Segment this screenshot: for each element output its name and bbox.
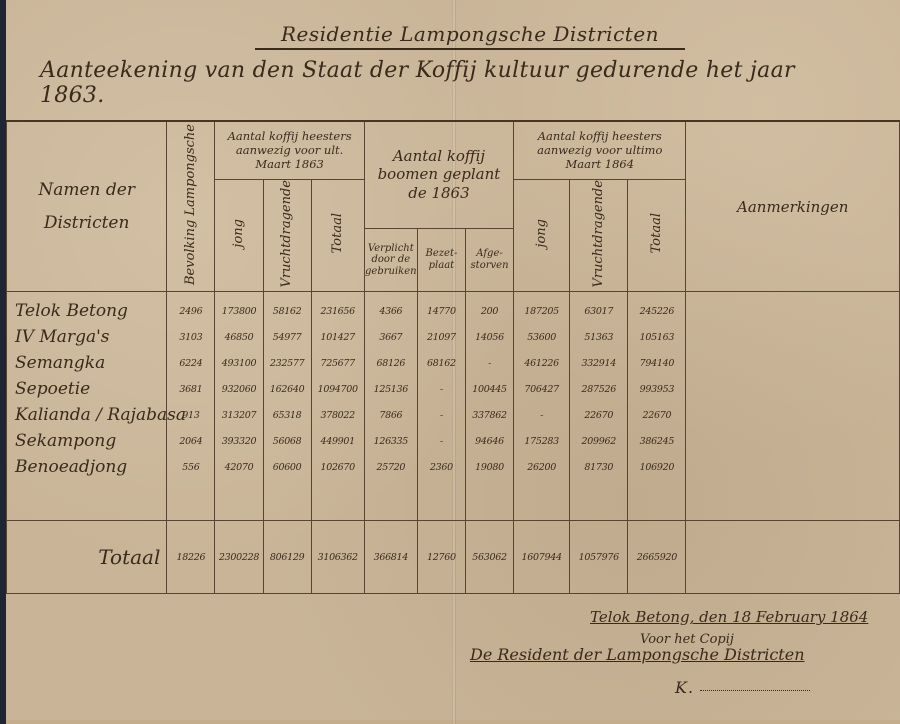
cell-jong-1864: 461226 [514,350,570,376]
cell-jong-1864: - [514,402,570,428]
cell-bezet: 21097 [417,324,465,350]
cell-totaal-1863: 231656 [311,292,364,325]
cell-vrucht-1863: 65318 [263,402,311,428]
cell-vrucht-1863: 58162 [263,292,311,325]
cell-jong-1863: 493100 [215,350,263,376]
totals-remarks-cell [686,521,900,594]
cell-vrucht-1864: 81730 [570,454,628,480]
totals-row: Totaal 18226 2300228 806129 3106362 3668… [7,521,900,594]
cell-vrucht-1864: 209962 [570,428,628,454]
residency-title: Residentie Lampongsche Districten [255,22,685,50]
cell-vrucht-1863: 54977 [263,324,311,350]
cell-bezet: - [417,428,465,454]
total-jong-1863: 2300228 [215,521,263,594]
cell-verplicht: 4366 [364,292,417,325]
cell-bezet: - [417,402,465,428]
cell-jong-1863: 46850 [215,324,263,350]
cell-jong-1863: 393320 [215,428,263,454]
total-vrucht-1863: 806129 [263,521,311,594]
cell-afgestorven: 200 [465,292,513,325]
header-jong-1863: jong [215,179,263,292]
cell-jong-1864: 26200 [514,454,570,480]
cell-families: 3681 [167,376,215,402]
header-jong-1864: jong [514,179,570,292]
cell-totaal-1864: 22670 [628,402,686,428]
cell-families: 2064 [167,428,215,454]
cell-totaal-1864: 993953 [628,376,686,402]
header-verplicht: Verplicht door de gebruiken [364,228,417,291]
header-families: Bevolking Lampongsche [167,121,215,292]
cell-jong-1864: 53600 [514,324,570,350]
district-name: IV Marga's [7,324,167,350]
cell-totaal-1863: 378022 [311,402,364,428]
cell-afgestorven: 100445 [465,376,513,402]
cell-afgestorven: 19080 [465,454,513,480]
header-district-names: Namen der Districten [7,121,167,292]
cell-totaal-1864: 105163 [628,324,686,350]
header-group-planted: Aantal koffij boomen geplant de 1863 [364,121,513,228]
cell-jong-1864: 175283 [514,428,570,454]
cell-verplicht: 126335 [364,428,417,454]
cell-vrucht-1864: 287526 [570,376,628,402]
cell-verplicht: 3667 [364,324,417,350]
total-vrucht-1864: 1057976 [570,521,628,594]
header-totaal-1864: Totaal [628,179,686,292]
cell-vrucht-1863: 232577 [263,350,311,376]
total-verplicht: 366814 [364,521,417,594]
signature-mark: K. [675,678,694,697]
table-row: Telok Betong 2496 173800 58162 231656 43… [7,292,900,325]
cell-totaal-1863: 449901 [311,428,364,454]
total-afgestorven: 563062 [465,521,513,594]
district-name: Sekampong [7,428,167,454]
cell-jong-1863: 173800 [215,292,263,325]
cell-afgestorven: 337862 [465,402,513,428]
cell-afgestorven: 14056 [465,324,513,350]
signature-line [700,684,810,691]
cell-totaal-1864: 794140 [628,350,686,376]
cell-families: 2496 [167,292,215,325]
header-afgestorven: Afge- storven [465,228,513,291]
resident-title: De Resident der Lampongsche Districten [470,645,805,664]
header-vrucht-1864: Vruchtdragende [570,179,628,292]
cell-totaal-1863: 102670 [311,454,364,480]
header-totaal-1863: Totaal [311,179,364,292]
total-totaal-1864: 2665920 [628,521,686,594]
cell-jong-1864: 706427 [514,376,570,402]
cell-families: 6224 [167,350,215,376]
cell-jong-1863: 313207 [215,402,263,428]
district-name: Benoeadjong [7,454,167,480]
coffee-table: Namen der Districten Bevolking Lampongsc… [6,120,900,594]
district-name: Sepoetie [7,376,167,402]
cell-verplicht: 68126 [364,350,417,376]
cell-verplicht: 7866 [364,402,417,428]
header-group-1863: Aantal koffij heesters aanwezig voor ult… [215,121,364,179]
header-vrucht-1863: Vruchtdragende [263,179,311,292]
cell-vrucht-1864: 51363 [570,324,628,350]
cell-jong-1864: 187205 [514,292,570,325]
district-name: Semangka [7,350,167,376]
cell-vrucht-1864: 332914 [570,350,628,376]
cell-jong-1863: 42070 [215,454,263,480]
district-name: Telok Betong [7,292,167,325]
district-name: Kalianda / Rajabasa [7,402,167,428]
totals-label: Totaal [7,521,167,594]
cell-totaal-1864: 245226 [628,292,686,325]
header-bezet: Bezet- plaat [417,228,465,291]
cell-bezet: 14770 [417,292,465,325]
cell-bezet: 68162 [417,350,465,376]
total-totaal-1863: 3106362 [311,521,364,594]
cell-totaal-1864: 386245 [628,428,686,454]
cell-verplicht: 125136 [364,376,417,402]
cell-totaal-1863: 725677 [311,350,364,376]
cell-verplicht: 25720 [364,454,417,480]
cell-totaal-1863: 1094700 [311,376,364,402]
total-bezet: 12760 [417,521,465,594]
cell-totaal-1864: 106920 [628,454,686,480]
cell-vrucht-1864: 63017 [570,292,628,325]
cell-afgestorven: - [465,350,513,376]
cell-afgestorven: 94646 [465,428,513,454]
total-families: 18226 [167,521,215,594]
cell-bezet: - [417,376,465,402]
cell-families: 3103 [167,324,215,350]
cell-vrucht-1863: 60600 [263,454,311,480]
total-jong-1864: 1607944 [514,521,570,594]
report-subtitle: Aanteekening van den Staat der Koffij ku… [40,58,840,108]
cell-jong-1863: 932060 [215,376,263,402]
header-group-1864: Aantal koffij heesters aanwezig voor ult… [514,121,686,179]
header-remarks: Aanmerkingen [686,121,900,292]
cell-vrucht-1863: 162640 [263,376,311,402]
cell-totaal-1863: 101427 [311,324,364,350]
cell-families: 556 [167,454,215,480]
place-date: Telok Betong, den 18 February 1864 [590,608,868,626]
remarks-cell [686,292,900,521]
cell-bezet: 2360 [417,454,465,480]
cell-vrucht-1863: 56068 [263,428,311,454]
cell-vrucht-1864: 22670 [570,402,628,428]
